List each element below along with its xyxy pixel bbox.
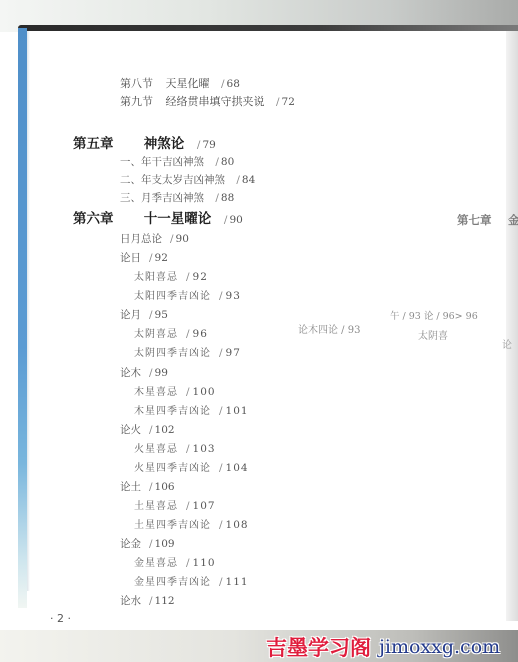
bleed-through-text: 午 / 93 论 / 96> 96 [390, 308, 478, 322]
entry-title: 论土 [120, 481, 141, 493]
toc-entry[interactable]: 二、年支太岁吉凶神煞 /84 [120, 173, 255, 187]
page-ref: /72 [276, 96, 295, 108]
section-title: 天星化曜 [166, 77, 210, 90]
toc-entry[interactable]: 日月总论/90 [120, 232, 189, 246]
page-ref: /90 [224, 214, 243, 226]
entry-title: 金星喜忌 [134, 558, 178, 569]
entry-title: 论日 [120, 252, 141, 264]
page-ref: /99 [149, 367, 168, 379]
section-title: 经络贯串填守拱夹说 [166, 95, 265, 108]
toc-subentry[interactable]: 土星四季吉凶论/108 [134, 518, 249, 533]
bleed-through-text: 太阴喜 [418, 327, 448, 342]
watermark-url: jimoxxg.com [379, 636, 500, 658]
entry-title: 土星四季吉凶论 [134, 520, 211, 531]
page-ref: /80 [215, 156, 234, 168]
toc-entry-section-8[interactable]: 第八节 天星化曜 /68 [120, 77, 240, 91]
toc-subentry[interactable]: 木星喜忌/100 [134, 385, 216, 400]
toc-subentry[interactable]: 火星喜忌/103 [134, 442, 216, 457]
watermark-cn: 吉墨学习阁 [266, 632, 371, 662]
entry-title: 太阳四季吉凶论 [134, 291, 211, 302]
toc-subentry[interactable]: 金星喜忌/110 [134, 556, 216, 571]
page-ref: /88 [215, 192, 234, 204]
toc-entry[interactable]: 论日/92 [120, 251, 168, 265]
entry-title: 金星四季吉凶论 [134, 577, 211, 588]
page-ref: /97 [219, 347, 241, 359]
entry-title: 火星喜忌 [134, 444, 178, 455]
page-ref: /102 [149, 424, 175, 436]
page-ref: /96 [186, 328, 208, 340]
entry-title: 论水 [120, 595, 141, 607]
toc-subentry[interactable]: 木星四季吉凶论/101 [134, 404, 249, 419]
entry-title: 火星四季吉凶论 [134, 463, 211, 474]
entry-title: 木星喜忌 [134, 387, 178, 398]
entry-title: 论木 [120, 367, 141, 379]
page-ref: /100 [186, 386, 216, 398]
toc-entry[interactable]: 论水/112 [120, 594, 175, 608]
page-right-edge [506, 31, 518, 621]
watermark: 吉墨学习阁 jimoxxg.com [266, 632, 500, 662]
page-ref: /79 [197, 139, 216, 151]
page-ref: /68 [221, 78, 240, 90]
toc-entry[interactable]: 三、月季吉凶神煞 /88 [120, 191, 234, 205]
page-ref: /101 [219, 405, 249, 417]
entry-title: 一、年干吉凶神煞 [120, 156, 204, 168]
entry-title: 论月 [120, 309, 141, 321]
section-label: 第九节 [120, 95, 162, 109]
page-ref: /90 [170, 233, 189, 245]
entry-title: 木星四季吉凶论 [134, 406, 211, 417]
page-ref: /93 [219, 290, 241, 302]
toc-entry[interactable]: 论火/102 [120, 423, 175, 437]
page-ref: /95 [149, 309, 168, 321]
page-ref: /112 [149, 595, 175, 607]
page-ref: /108 [219, 519, 249, 531]
entry-title: 三、月季吉凶神煞 [120, 192, 204, 204]
facing-page-chapter: 第七章 [457, 212, 492, 228]
page-ref: /109 [149, 538, 175, 550]
chapter-number: 第五章 [73, 136, 139, 152]
spine-shadow [27, 31, 30, 591]
toc-subentry[interactable]: 火星四季吉凶论/104 [134, 461, 249, 476]
chapter-number: 第六章 [73, 211, 139, 227]
page-ref: /92 [149, 252, 168, 264]
facing-page-fragment: 论 [502, 336, 512, 351]
toc-subentry[interactable]: 土星喜忌/107 [134, 499, 216, 514]
chapter-title: 十一星曜论 [144, 211, 212, 227]
entry-title: 太阴喜忌 [134, 329, 178, 340]
page-ref: /106 [149, 481, 175, 493]
section-label: 第八节 [120, 77, 162, 91]
bleed-through-text: 论木四论 / 93 [298, 321, 360, 336]
entry-title: 太阴四季吉凶论 [134, 348, 211, 359]
toc-subentry[interactable]: 金星四季吉凶论/111 [134, 575, 249, 590]
toc-chapter-5[interactable]: 第五章 神煞论 /79 [73, 136, 216, 153]
toc-subentry[interactable]: 太阴喜忌/96 [134, 327, 208, 342]
page-ref: /84 [236, 174, 255, 186]
toc-subentry[interactable]: 太阴四季吉凶论/97 [134, 346, 241, 361]
page-ref: /92 [186, 271, 208, 283]
page-ref: /104 [219, 462, 249, 474]
entry-title: 论金 [120, 538, 141, 550]
entry-title: 太阳喜忌 [134, 272, 178, 283]
toc-entry[interactable]: 论金/109 [120, 537, 175, 551]
toc-chapter-6[interactable]: 第六章 十一星曜论 /90 [73, 211, 243, 228]
toc-entry-section-9[interactable]: 第九节 经络贯串填守拱夹说 /72 [120, 95, 295, 109]
toc-subentry[interactable]: 太阳四季吉凶论/93 [134, 289, 241, 304]
entry-title: 论火 [120, 424, 141, 436]
page-ref: /103 [186, 443, 216, 455]
toc-subentry[interactable]: 太阳喜忌/92 [134, 270, 208, 285]
page-ref: /110 [186, 557, 216, 569]
page-number: · 2 · [50, 612, 71, 625]
page-ref: /107 [186, 500, 216, 512]
toc-entry[interactable]: 论木/99 [120, 366, 168, 380]
page-ref: /111 [219, 576, 249, 588]
entry-title: 二、年支太岁吉凶神煞 [120, 174, 225, 186]
chapter-title: 神煞论 [144, 136, 185, 152]
toc-entry[interactable]: 论土/106 [120, 480, 175, 494]
toc-entry[interactable]: 论月/95 [120, 308, 168, 322]
toc-entry[interactable]: 一、年干吉凶神煞 /80 [120, 155, 234, 169]
entry-title: 日月总论 [120, 233, 162, 245]
book-spine-blue [18, 28, 27, 608]
entry-title: 土星喜忌 [134, 501, 178, 512]
facing-page-fragment: 金 [508, 212, 518, 228]
